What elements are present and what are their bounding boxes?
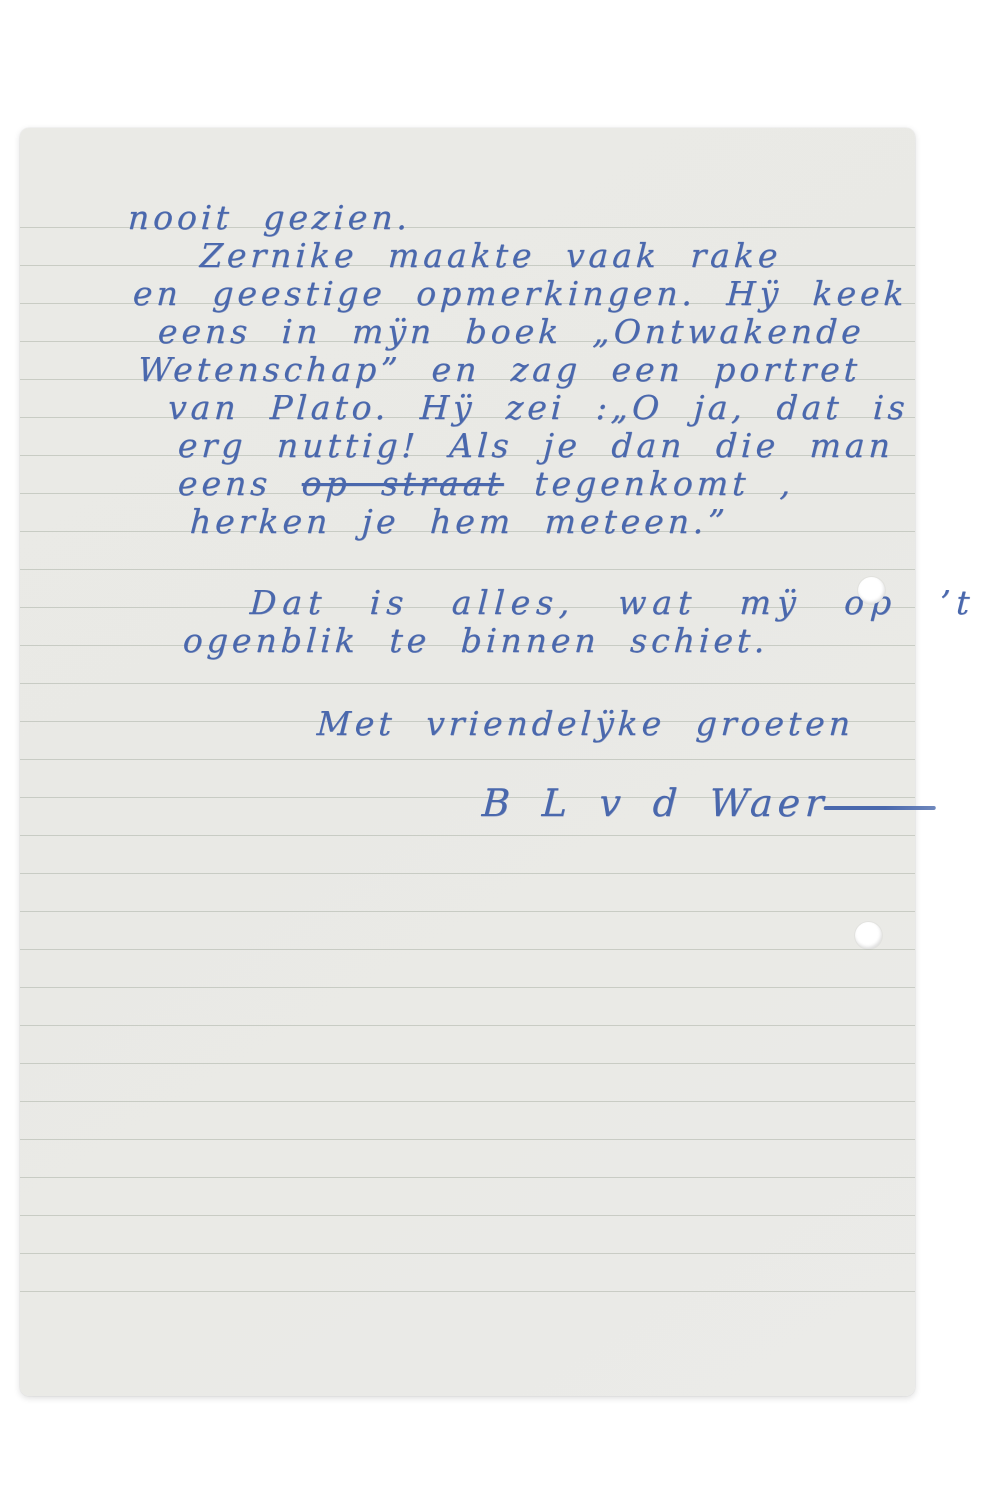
handwritten-line-1: nooit gezien. [127,198,412,238]
handwritten-line-5: Wetenschap” en zag een portret [137,350,862,390]
handwritten-line-2: Zernike maakte vaak rake [199,236,783,276]
signature-flourish [824,806,936,810]
signature: B L v d Waer [481,783,937,823]
line-8-after-correction: tegenkomt , [503,464,796,503]
handwritten-line-9: herken je hem meteen.” [189,502,730,542]
closing-greeting: Met vriendelÿke groeten [316,704,855,744]
punch-hole-bottom [855,922,882,949]
line-8-before-correction: eens [177,464,303,503]
handwritten-line-11: ogenblik te binnen schiet. [182,621,770,661]
signature-text: B L v d Waer [481,781,830,825]
scan-background: nooit gezien. Zernike maakte vaak rake e… [0,0,1000,1500]
punch-hole-top [858,577,885,604]
handwritten-line-4: eens in mÿn boek „Ontwakende [157,312,866,352]
handwritten-line-3: en geestige opmerkingen. Hÿ keek [132,274,909,314]
handwritten-line-7: erg nuttig! Als je dan die man [177,426,895,466]
handwritten-line-6: van Plato. Hÿ zei :„O ja, dat is [167,388,910,428]
handwritten-line-8: eens op straat tegenkomt , [177,464,796,504]
struck-out-words: op straat [301,464,505,503]
letter-page: nooit gezien. Zernike maakte vaak rake e… [20,128,915,1396]
